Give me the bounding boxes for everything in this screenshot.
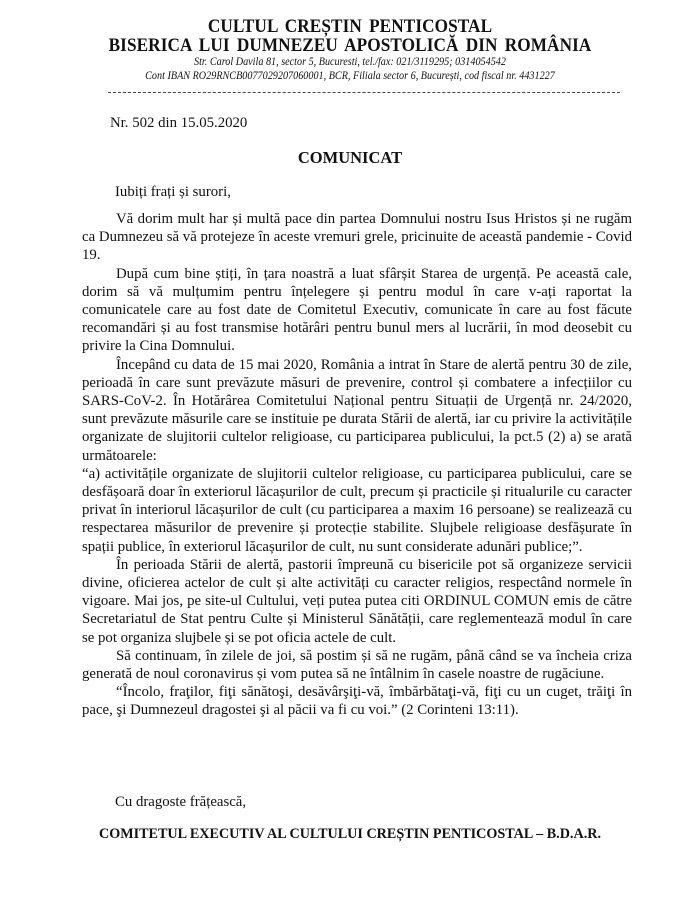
paragraph-blessing: Vă dorim mult har și multă pace din part… <box>82 210 632 265</box>
document-title: COMUNICAT <box>0 148 700 167</box>
letterhead-bank-info: Cont IBAN RO29RNCB0077029207060001, BCR,… <box>35 70 665 83</box>
letterhead-address: Str. Carol Davila 81, sector 5, Bucurest… <box>35 56 665 69</box>
closing-salutation: Cu dragoste frățească, <box>115 793 246 811</box>
paragraph-fasting: Să continuam, în zilele de joi, să posti… <box>82 647 632 683</box>
paragraph-alert-state: Începând cu data de 15 mai 2020, România… <box>82 356 632 465</box>
greeting: Iubiți frați și surori, <box>115 183 665 201</box>
document-body: Vă dorim mult har și multă pace din part… <box>82 210 632 720</box>
letterhead-title-line2: BISERICA LUI DUMNEZEU APOSTOLICĂ DIN ROM… <box>25 36 676 56</box>
document-number: Nr. 502 din 15.05.2020 <box>110 115 247 132</box>
paragraph-scripture-quote: “Încolo, fraţilor, fiţi sănătoşi, desăvâ… <box>82 683 632 719</box>
document-page: CULTUL CREȘTIN PENTICOSTAL BISERICA LUI … <box>0 0 700 905</box>
signature: COMITETUL EXECUTIV AL CULTULUI CREȘTIN P… <box>11 826 690 843</box>
letterhead-divider <box>108 92 620 93</box>
paragraph-services: În perioada Stării de alertă, pastorii î… <box>82 556 632 647</box>
paragraph-end-of-emergency: După cum bine știți, în țara noastră a l… <box>82 265 632 356</box>
letterhead-title-line1: CULTUL CREȘTIN PENTICOSTAL <box>25 17 676 37</box>
paragraph-legal-quote: “a) activitățile organizate de slujitori… <box>82 465 632 556</box>
